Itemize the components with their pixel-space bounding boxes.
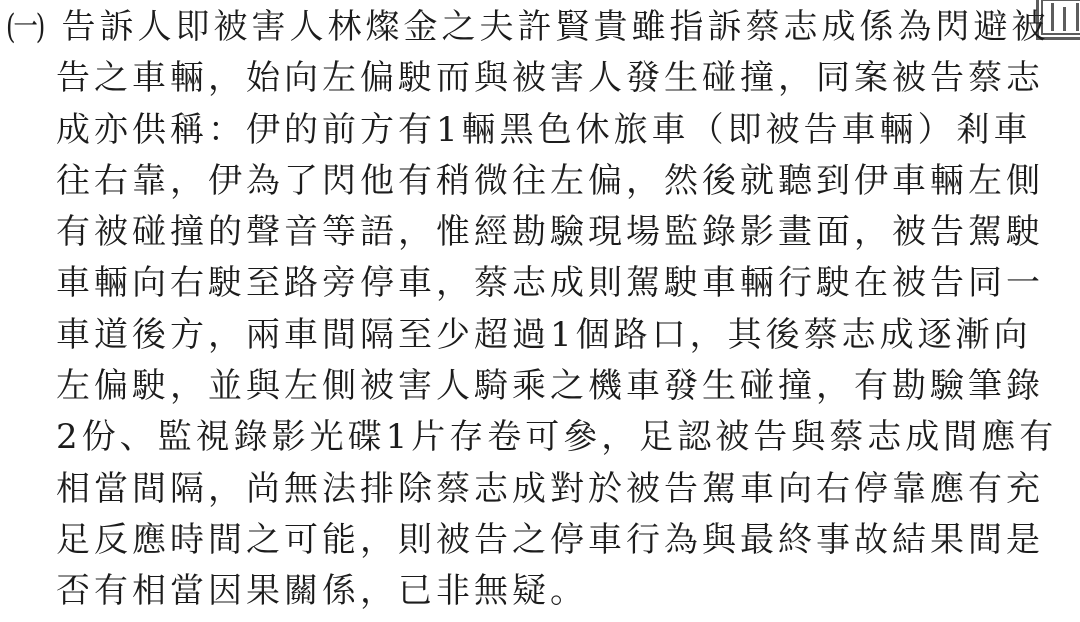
text-line-9: 2份、監視錄影光碟1片存卷可參，足認被告與蔡志成間應有 (6, 412, 1066, 463)
document-page: (一)告訴人即被害人林燦金之夫許賢貴雖指訴蔡志成係為閃避被 告之車輛，始向左偏駛… (0, 0, 1080, 622)
text-line-4: 往右靠，伊為了閃他有稍微往左偏，然後就聽到伊車輛左側 (6, 156, 1066, 207)
text-line-1: (一)告訴人即被害人林燦金之夫許賢貴雖指訴蔡志成係為閃避被 (6, 2, 1066, 53)
text-line-2: 告之車輛，始向左偏駛而與被害人發生碰撞，同案被告蔡志 (6, 53, 1066, 104)
item-marker: (一) (6, 2, 43, 53)
text-line-3: 成亦供稱：伊的前方有1輛黑色休旅車（即被告車輛）剎車 (6, 105, 1066, 156)
text-line-6: 車輛向右駛至路旁停車，蔡志成則駕駛車輛行駛在被告同一 (6, 258, 1066, 309)
text-line-content: 告訴人即被害人林燦金之夫許賢貴雖指訴蔡志成係為閃避被 (62, 7, 1050, 47)
text-line-5: 有被碰撞的聲音等語，惟經勘驗現場監錄影畫面，被告駕駛 (6, 207, 1066, 258)
text-line-11: 足反應時間之可能，則被告之停車行為與最終事故結果間是 (6, 515, 1066, 566)
text-line-8: 左偏駛，並與左側被害人騎乘之機車發生碰撞，有勘驗筆錄 (6, 361, 1066, 412)
text-line-10: 相當間隔，尚無法排除蔡志成對於被告駕車向右停靠應有充 (6, 464, 1066, 515)
judgment-paragraph: (一)告訴人即被害人林燦金之夫許賢貴雖指訴蔡志成係為閃避被 告之車輛，始向左偏駛… (6, 2, 1066, 618)
text-line-12: 否有相當因果關係，已非無疑。 (6, 566, 1066, 617)
text-line-7: 車道後方，兩車間隔至少超過1個路口，其後蔡志成逐漸向 (6, 310, 1066, 361)
